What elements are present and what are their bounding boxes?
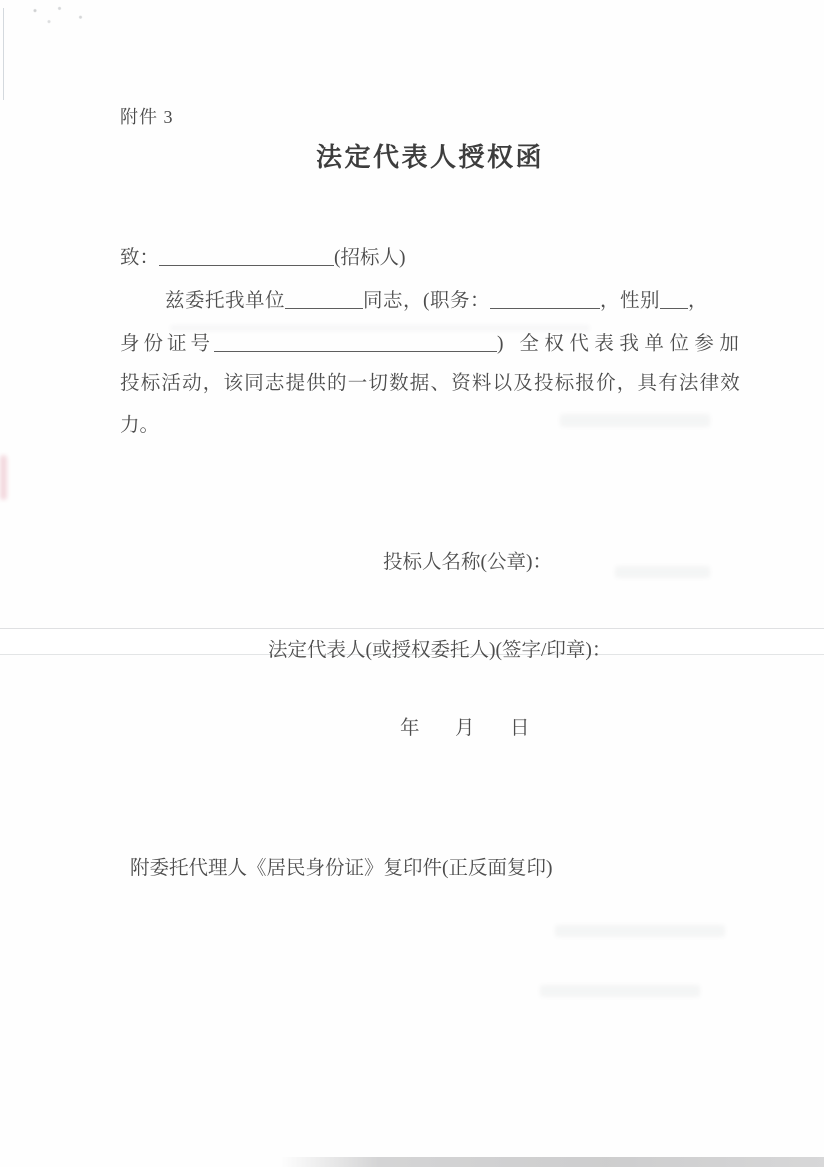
id-number-suffix: ) 全权代表我单位参加 <box>497 334 744 355</box>
blank-field-name <box>285 288 363 309</box>
delegation-line: 兹委托我单位同志，(职务：，性别， <box>120 286 780 314</box>
scan-artifact-bleedthrough <box>555 925 725 937</box>
blank-field-addressee <box>159 245 334 266</box>
id-number-label: 身份证号 <box>120 334 214 355</box>
blank-field-position <box>490 288 600 309</box>
body-text-end: 力。 <box>120 414 735 438</box>
blank-field-id-number <box>214 331 497 352</box>
delegation-text-4: ， <box>688 291 708 312</box>
id-number-line: 身份证号) 全权代表我单位参加 <box>120 329 735 357</box>
scan-artifact-bottom-strip <box>280 1157 824 1167</box>
attachment-label: 附件 3 <box>120 103 174 129</box>
scan-artifact-bleedthrough <box>615 566 710 578</box>
date-line: 年 月 日 <box>400 712 538 740</box>
bidder-name-label: 投标人名称(公章)： <box>383 546 552 574</box>
scan-artifact-left-edge <box>3 8 4 100</box>
blank-field-gender <box>660 288 688 309</box>
scan-artifact-pink-mark <box>0 455 7 500</box>
scan-artifact-bleedthrough <box>540 985 700 997</box>
body-text-line: 投标活动，该同志提供的一切数据、资料以及投标报价，具有法律效 <box>120 372 735 396</box>
addressee-line: 致：(招标人) <box>120 243 735 271</box>
document-page: 附件 3 法定代表人授权函 致：(招标人) 兹委托我单位同志，(职务：，性别， … <box>0 0 824 1167</box>
delegation-text-2: 同志，(职务： <box>363 291 490 312</box>
addressee-suffix: (招标人) <box>334 248 406 269</box>
document-title: 法定代表人授权函 <box>316 137 544 174</box>
legal-representative-label: 法定代表人(或授权委托人)(签字/印章)： <box>268 634 611 662</box>
delegation-text-3: ，性别 <box>600 291 660 312</box>
addressee-prefix: 致： <box>120 248 159 269</box>
scan-artifact-corner <box>28 4 98 26</box>
delegation-text-1: 兹委托我单位 <box>165 291 285 312</box>
footer-note: 附委托代理人《居民身份证》复印件(正反面复印) <box>130 852 553 880</box>
